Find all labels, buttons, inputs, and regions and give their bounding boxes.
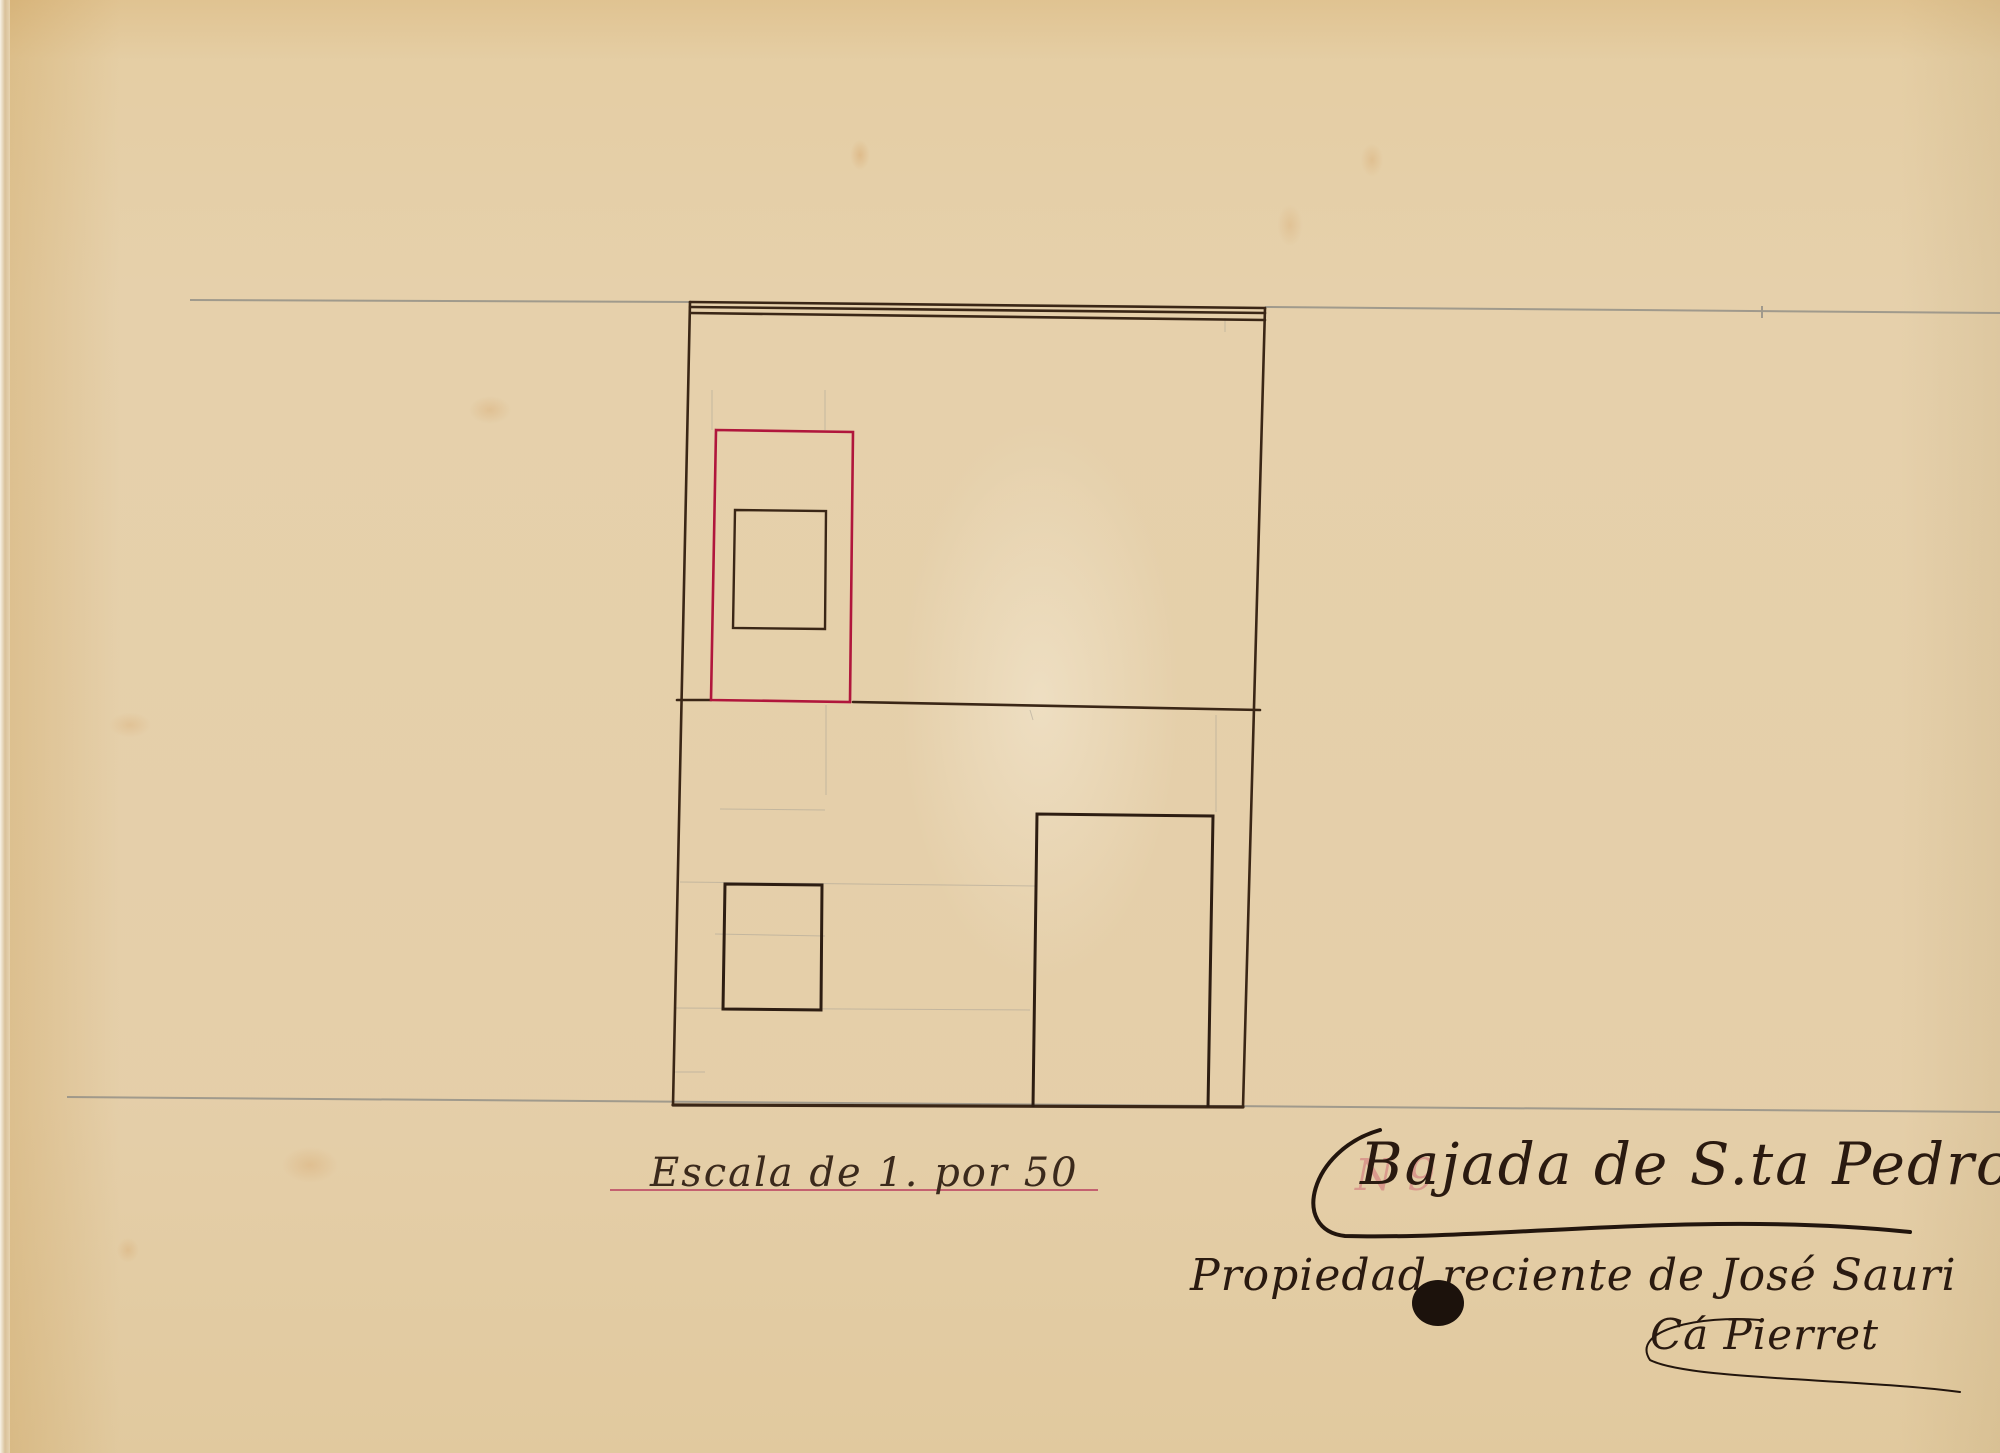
door-outline (1033, 814, 1213, 1107)
lower-window (723, 884, 822, 1010)
upper-window (733, 510, 826, 629)
scale-caption: Escala de 1. por 50 (650, 1150, 1079, 1196)
top-guide-line-left (190, 300, 690, 302)
construction-line (715, 934, 825, 936)
construction-line (1030, 710, 1033, 720)
facade-outline (673, 302, 1265, 1107)
base-line (673, 1105, 1243, 1107)
lower-window-rect (723, 884, 822, 1010)
top-guide-line-right (1265, 307, 2000, 313)
upper-window-rect (733, 510, 826, 629)
ink-seal-dot (1412, 1280, 1464, 1326)
floor-divider-line (853, 702, 1260, 710)
right-wall-line (1243, 308, 1265, 1107)
construction-line (720, 809, 825, 810)
owner-name-caption: Cá Pierret (1650, 1310, 1879, 1359)
facade-elevation-drawing (0, 0, 2000, 1453)
owner-caption: Propiedad reciente de José Sauri (1190, 1250, 1957, 1301)
door (1033, 814, 1213, 1107)
upper-window-frame-red (711, 430, 853, 702)
cornice-bottom-line (690, 313, 1265, 320)
red-window-frame (711, 430, 853, 702)
left-wall-line (673, 302, 690, 1105)
street-name-caption: Bajada de S.ta Pedro (1360, 1130, 2000, 1198)
